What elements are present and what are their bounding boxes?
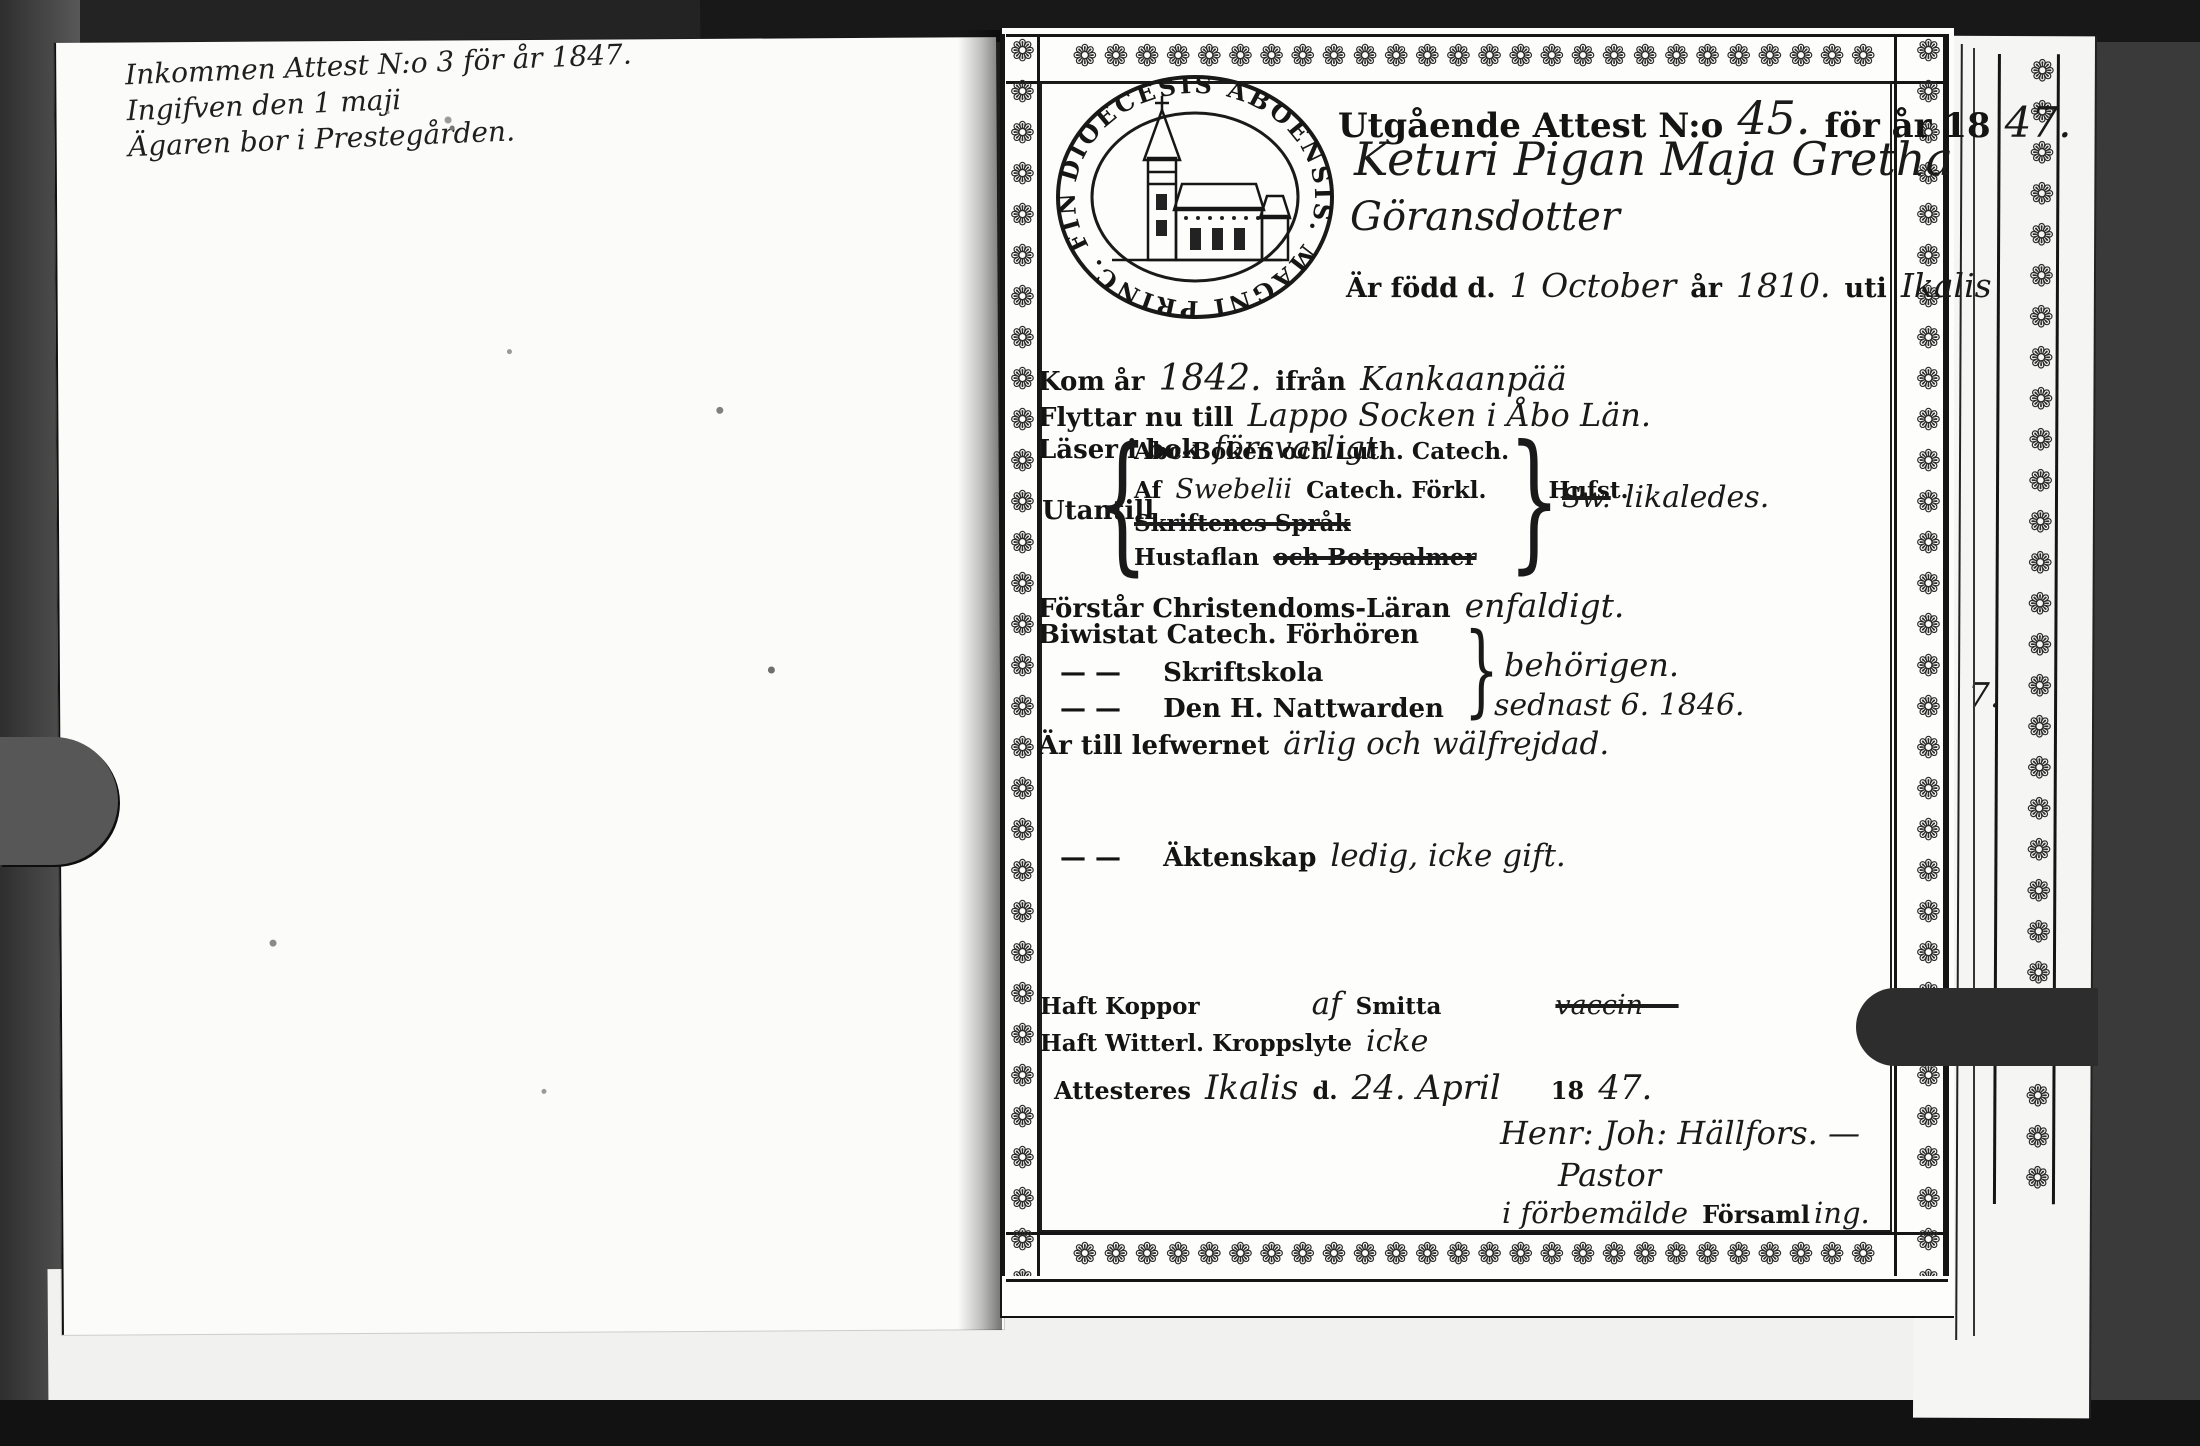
lefwernet-grade: ärlig och wälfrejdad. (1283, 726, 1609, 762)
page-edge-line-2 (1973, 48, 1975, 1336)
rosette-border-bottom: ❁❁❁❁❁❁❁❁❁❁❁❁❁❁❁❁❁❁❁❁❁❁❁❁❁❁ (1006, 1232, 1948, 1282)
form-line-nattwarden: — — Den H. Nattwarden (1060, 694, 1444, 724)
right-clip-tab (1856, 988, 2098, 1066)
flyttar-destination: Lappo Socken i Åbo Län. (1248, 396, 1652, 434)
diocese-seal: DIOECESIS ABOENSIS. MAGNI PRINC. FINL. (1050, 68, 1340, 326)
kom-year: 1842. (1158, 358, 1261, 399)
form-line-biwistat: Biwistat Catech. Förhören (1038, 620, 1419, 650)
form-line-kroppslyte: Haft Witterl. Kroppslyte icke (1040, 1024, 1428, 1059)
attest-year: 47. (1598, 1068, 1652, 1108)
brace-close: } (1508, 426, 1560, 576)
paper-specks (386, 111, 389, 114)
signature-title: Pastor (1558, 1156, 1661, 1194)
birth-printed-1: Är född d. (1346, 273, 1496, 304)
form-line-aktenskap: — — Äktenskap ledig, icke gift. (1060, 838, 1566, 874)
koppor-vaccin-struck: vaccin — (1555, 990, 1678, 1021)
signature-parish: i förbemälde Församl ing. (1502, 1196, 1870, 1230)
birth-year: 1810. (1736, 266, 1830, 305)
kom-printed-2: ifrån (1276, 367, 1347, 397)
birth-place: Ikalis (1901, 266, 1992, 305)
rosette-border-left: ❁❁❁❁❁❁❁❁❁❁❁❁❁❁❁❁❁❁❁❁❁❁❁❁❁❁❁❁❁❁❁❁❁❁ (1002, 34, 1040, 1276)
left-page: Inkommen Attest N:o 3 för år 1847. Ingif… (54, 37, 1004, 1335)
form-line-kom: Kom år 1842. ifrån Kankaanpää (1038, 358, 1567, 399)
signature-name: Henr: Joh: Hällfors. — (1500, 1114, 1860, 1152)
kroppslyte-answer: icke (1366, 1024, 1428, 1059)
rosette-border-right: ❁❁❁❁❁❁❁❁❁❁❁❁❁❁❁❁❁❁❁❁❁❁❁❁❁❁❁❁❁❁❁❁❁❁ (1894, 34, 1946, 1276)
certificate-page: ❁❁❁❁❁❁❁❁❁❁❁❁❁❁❁❁❁❁❁❁❁❁❁❁❁❁ ❁❁❁❁❁❁❁❁❁❁❁❁❁… (1000, 28, 1954, 1316)
form-line-attesteres: Attesteres Ikalis d. 24. April 18 47. (1054, 1068, 1652, 1108)
birth-date: 1 October (1510, 266, 1677, 305)
attest-date: 24. April (1352, 1068, 1501, 1108)
aktenskap-status: ledig, icke gift. (1330, 838, 1565, 874)
scanned-document-photo: Inkommen Attest N:o 3 för år 1847. Ingif… (0, 0, 2200, 1446)
form-line-lefwernet: Är till lefwernet ärlig och wälfrejdad. (1038, 726, 1609, 762)
form-line-skriftskola: — — Skriftskola (1060, 658, 1323, 688)
church-illustration (1112, 96, 1290, 260)
archival-note: Inkommen Attest N:o 3 för år 1847. Ingif… (124, 37, 635, 166)
backdrop-bottom (0, 1400, 2200, 1446)
attest-year: 47. (2005, 98, 2072, 147)
attest-place: Ikalis (1205, 1068, 1299, 1108)
outer-rule-right (1946, 34, 1949, 1276)
person-name-line2: Göransdotter (1350, 194, 1620, 240)
skriftskola-answer: behörigen. (1504, 646, 1679, 684)
birth-printed-2: år (1690, 273, 1722, 304)
kom-place: Kankaanpää (1360, 359, 1567, 398)
birth-printed-3: uti (1844, 273, 1886, 304)
utantill-item-4: Hustaflan och Botpsalmer (1134, 544, 1477, 571)
utantill-item-1: Abc-Boken och Luth. Catech. (1134, 438, 1509, 465)
kom-printed: Kom år (1038, 367, 1144, 397)
utantill-item-3: Skriftenes Språk (1134, 510, 1351, 537)
page-gutter-shadow (958, 30, 1002, 1330)
nattwarden-answer: sednast 6. 1846. (1494, 688, 1745, 723)
birth-line: Är född d. 1 October år 1810. uti Ikalis (1346, 266, 1992, 305)
utantill-annotation: Sw. likaledes. (1562, 480, 1769, 515)
person-name-line1: Keturi Pigan Maja Gretha (1354, 132, 1953, 186)
form-line-koppor: Haft Koppor af Smitta vaccin — (1040, 986, 1679, 1022)
